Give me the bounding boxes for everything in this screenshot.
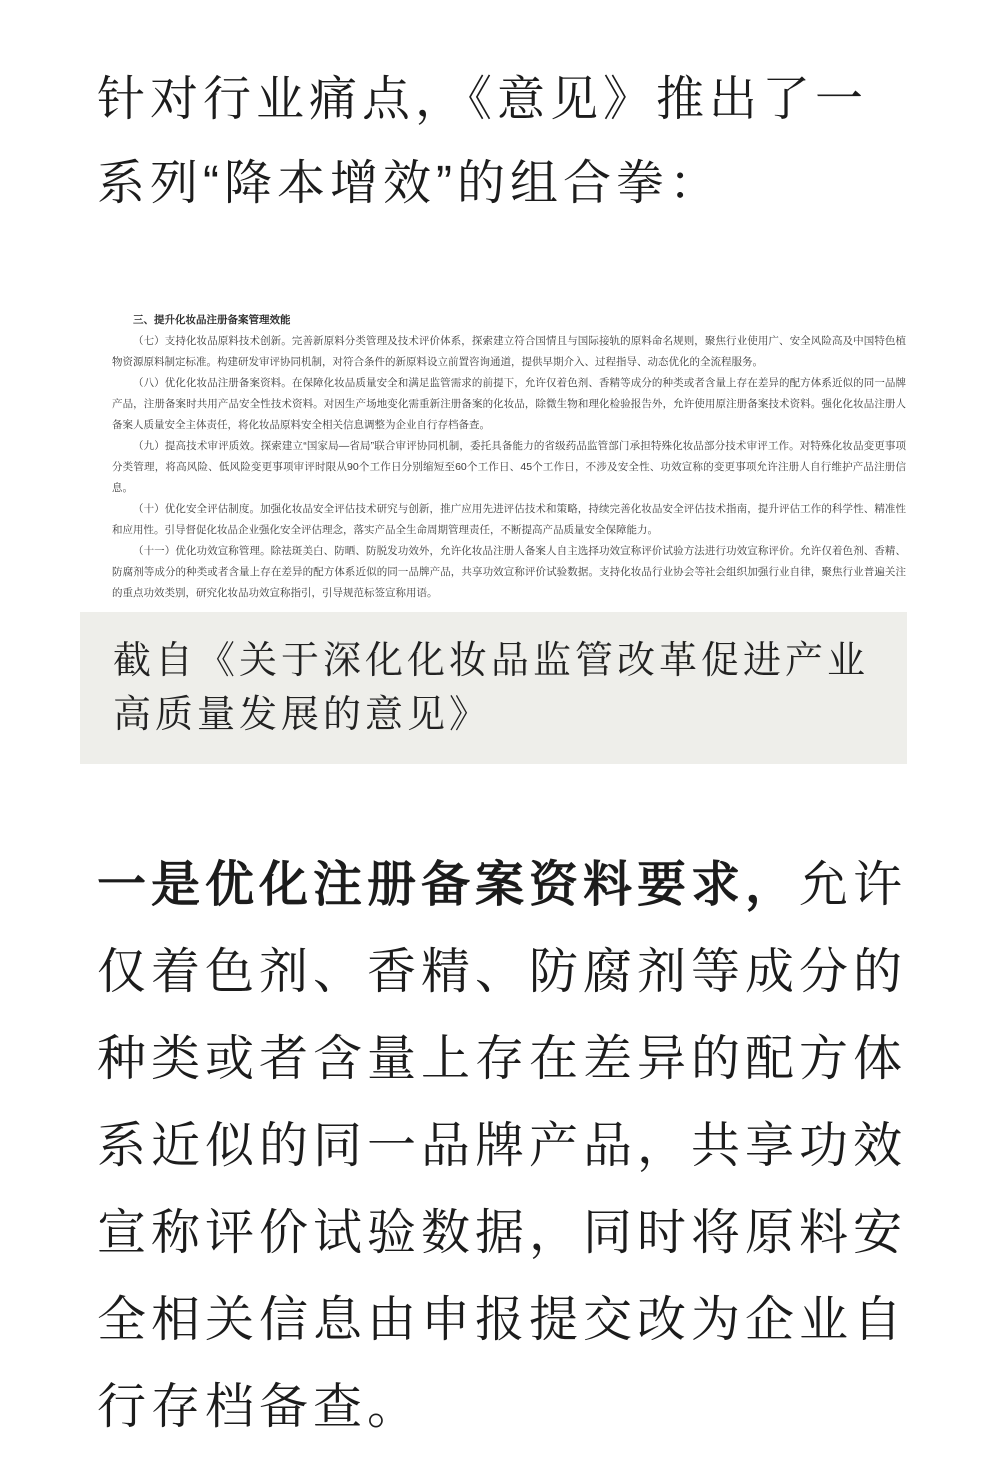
body-paragraph-lead: 一是优化注册备案资料要求， (97, 858, 799, 912)
source-caption-text: 截自《关于深化化妆品监管改革促进产业高质量发展的意见》 (113, 634, 877, 742)
document-paragraph-9: （九）提高技术审评质效。探索建立“国家局—省局”联合审评协同机制，委托具备能力的… (112, 436, 906, 499)
document-paragraph-10: （十）优化安全评估制度。加强化妆品安全评估技术研究与创新，推广应用先进评估技术和… (112, 499, 906, 541)
document-section-title: 三、提升化妆品注册备案管理效能 (112, 310, 906, 331)
body-paragraph-rest: 允许仅着色剂、香精、防腐剂等成分的种类或者含量上存在差异的配方体系近似的同一品牌… (97, 858, 907, 1434)
source-caption-box: 截自《关于深化化妆品监管改革促进产业高质量发展的意见》 (80, 612, 907, 764)
intro-heading: 针对行业痛点，《意见》推出了一系列“降本增效”的组合拳： (97, 58, 919, 226)
document-paragraph-11: （十一）优化功效宣称管理。除祛斑美白、防晒、防脱发功效外，允许化妆品注册人备案人… (112, 541, 906, 604)
article-page: 针对行业痛点，《意见》推出了一系列“降本增效”的组合拳： 三、提升化妆品注册备案… (0, 0, 1000, 1469)
document-paragraph-8: （八）优化化妆品注册备案资料。在保障化妆品质量安全和满足监管需求的前提下，允许仅… (112, 373, 906, 436)
document-paragraph-7: （七）支持化妆品原料技术创新。完善新原料分类管理及技术评价体系，探索建立符合国情… (112, 331, 906, 373)
body-paragraph: 一是优化注册备案资料要求，允许仅着色剂、香精、防腐剂等成分的种类或者含量上存在差… (97, 842, 929, 1451)
policy-document-excerpt: 三、提升化妆品注册备案管理效能 （七）支持化妆品原料技术创新。完善新原料分类管理… (112, 310, 906, 604)
